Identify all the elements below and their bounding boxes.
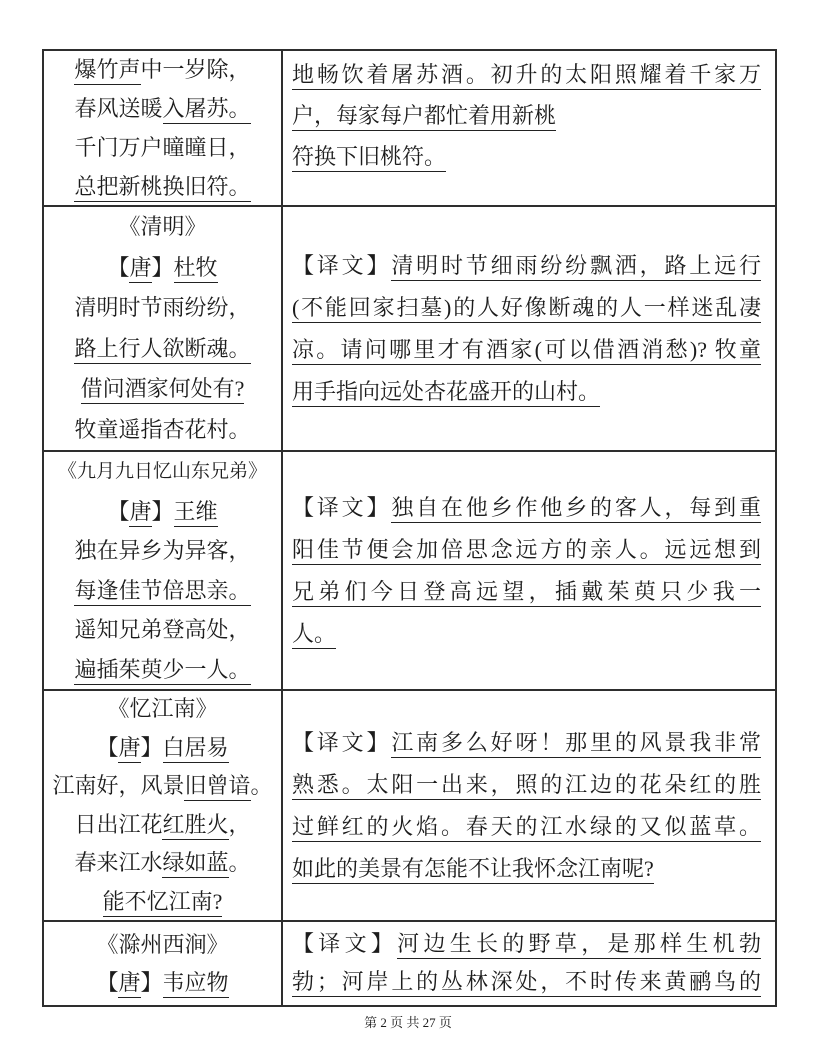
underlined-text: 清明时节细雨纷纷飘洒，路上远行 [391,253,761,281]
text-line: 牧童遥指杏花村。 [74,410,250,451]
underlined-text: 江南多么好呀！那里的风景我非常 [391,730,761,758]
text-line: 【译文】江南多么好呀！那里的风景我非常 [292,722,761,764]
plain-text: 【 [96,970,118,995]
translation-cell-qingming: 【译文】清明时节细雨纷纷飘洒，路上远行(不能回家扫墓)的人好像断魂的人一样迷乱凄… [283,207,775,452]
underlined-text: 地畅饮着屠苏酒。初升的太阳照耀着千家万 [292,62,761,90]
text-line: 《滁州西涧》 [96,926,228,964]
text-line: 符换下旧桃符。 [292,136,761,177]
plain-text: 【 [96,735,118,760]
text-line: 地畅饮着屠苏酒。初升的太阳照耀着千家万 [292,54,761,95]
plain-text: 遥知兄弟登高处， [74,617,250,642]
plain-text: 【译文】 [292,730,391,755]
poem-translation-table: 爆竹声中一岁除，春风送暖入屠苏。千门万户曈曈日，总把新桃换旧符。 地畅饮着屠苏酒… [42,49,777,1007]
poem-cell-jiuyuejiuri: 《九月九日忆山东兄弟》【唐】王维独在异乡为异客，每逢佳节倍思亲。遥知兄弟登高处，… [44,452,283,691]
text-line: 爆竹声中一岁除， [74,51,250,89]
underlined-text: 凉。请问哪里才有酒家(可以借酒消愁)? 牧童 [292,337,761,365]
text-line: 江南好，风景旧曾谙。 [52,767,272,806]
plain-text: 】 [152,255,174,280]
underlined-text: 借问酒家何处有? [81,376,245,404]
plain-text: ， [229,812,251,837]
underlined-text: 绿如蓝 [162,850,228,878]
plain-text: 《滁州西涧》 [96,932,228,957]
plain-text: 】 [141,735,163,760]
text-line: 《九月九日忆山东兄弟》 [58,452,267,492]
translation-cell-chuzhouxijian: 【译文】河边生长的野草，是那样生机勃勃；河岸上的丛林深处，不时传来黄鹂鸟的 [283,922,775,1005]
underlined-text: 红胜火 [162,812,228,840]
text-line: 《清明》 [118,207,206,248]
translation-cell-yijiangnan: 【译文】江南多么好呀！那里的风景我非常熟悉。太阳一出来，照的江边的花朵红的胜过鲜… [283,691,775,922]
plain-text: 】 [141,970,163,995]
text-line: 千门万户曈曈日， [74,128,250,167]
underlined-text: 熟悉。太阳一出来，照的江边的花朵红的胜 [292,772,761,800]
underlined-text: 河边生长的野草，是那样生机勃 [397,931,761,959]
text-line: 借问酒家何处有? [81,369,245,410]
text-line: 独在异乡为异客， [74,531,250,571]
underlined-text: 旧曾谙 [184,773,250,801]
underlined-text: 户，每家每户都忙着用新桃 [292,103,556,131]
underlined-text: 韦应物 [163,970,229,998]
plain-text: 【 [107,255,129,280]
text-line: 春风送暖入屠苏。 [74,89,250,128]
plain-text: 】 [152,499,174,524]
underlined-text: 唐 [118,970,140,998]
underlined-text: 用手指向远处杏花盛开的山村。 [292,379,600,407]
plain-text: 千门万户曈曈日， [74,135,250,160]
text-line: 凉。请问哪里才有酒家(可以借酒消愁)? 牧童 [292,329,761,371]
text-line: 【译文】独自在他乡作他乡的客人，每到重 [292,487,761,529]
plain-text: 【译文】 [292,253,391,278]
text-line: 能不忆江南? [103,883,223,922]
underlined-text: 路上行人欲断魂。 [74,336,250,364]
underlined-text: 唐 [118,735,140,763]
text-line: 【译文】河边生长的野草，是那样生机勃 [292,925,761,963]
text-line: 【唐】白居易 [96,729,228,768]
text-line: 总把新桃换旧符。 [74,167,250,206]
plain-text: 【 [107,499,129,524]
poem-cell-yijiangnan: 《忆江南》【唐】白居易江南好，风景旧曾谙。日出江花红胜火，春来江水绿如蓝。能不忆… [44,691,283,922]
underlined-text: 阳佳节便会加倍思念远方的亲人。远远想到 [292,537,761,565]
plain-text: 《九月九日忆山东兄弟》 [58,461,267,482]
text-line: 【唐】王维 [107,492,217,532]
plain-text: 。 [229,850,251,875]
plain-text: 春来江水 [74,850,162,875]
underlined-text: 白居易 [163,735,229,763]
translation-cell-yuanri: 地畅饮着屠苏酒。初升的太阳照耀着千家万户，每家每户都忙着用新桃符换下旧桃符。 [283,51,775,207]
text-line: 用手指向远处杏花盛开的山村。 [292,371,761,413]
underlined-text: 能不忆江南? [103,889,223,917]
page-number: 第 2 页 共 27 页 [0,1012,816,1031]
text-line: 日出江花红胜火， [74,806,250,845]
text-line: 人。 [292,613,761,655]
underlined-text: 遍插茱萸少一人。 [74,657,250,685]
text-line: 过鲜红的火焰。春天的江水绿的又似蓝草。 [292,806,761,848]
poem-cell-chuzhouxijian: 《滁州西涧》【唐】韦应物 [44,922,283,1005]
plain-text: 清明时节雨纷纷， [74,295,250,320]
text-line: 兄弟们今日登高远望，插戴茱萸只少我一 [292,571,761,613]
plain-text: 江南好，风景 [52,773,184,798]
underlined-text: 兄弟们今日登高远望，插戴茱萸只少我一 [292,579,761,607]
plain-text: 《清明》 [118,214,206,239]
text-line: 路上行人欲断魂。 [74,329,250,370]
plain-text: 日出江花 [74,812,162,837]
text-line: (不能回家扫墓)的人好像断魂的人一样迷乱凄 [292,287,761,329]
text-line: 勃；河岸上的丛林深处，不时传来黄鹂鸟的 [292,963,761,1001]
text-line: 春来江水绿如蓝。 [74,844,250,883]
underlined-text: 入屠苏。 [163,96,251,124]
underlined-text: 过鲜红的火焰。春天的江水绿的又似蓝草。 [292,814,761,842]
text-line: 《忆江南》 [107,691,217,729]
underlined-text: 唐 [129,499,151,527]
underlined-text: 符换下旧桃符。 [292,144,446,172]
underlined-text: 如此的美景有怎能不让我怀念江南呢? [292,856,654,884]
text-line: 【译文】清明时节细雨纷纷飘洒，路上远行 [292,245,761,287]
text-line: 阳佳节便会加倍思念远方的亲人。远远想到 [292,529,761,571]
underlined-text: (不能回家扫墓)的人好像断魂的人一样迷乱凄 [292,295,761,323]
underlined-text: 勃；河岸上的丛林深处，不时传来黄鹂鸟的 [292,969,761,997]
underlined-text: 爆竹声 [74,57,140,85]
plain-text: 牧童遥指杏花村。 [74,417,250,442]
plain-text: 《忆江南》 [107,696,217,721]
underlined-text: 总把新桃换旧符。 [74,174,250,202]
poem-cell-qingming: 《清明》【唐】杜牧清明时节雨纷纷，路上行人欲断魂。借问酒家何处有?牧童遥指杏花村… [44,207,283,452]
plain-text: 【译文】 [292,495,391,520]
underlined-text: 每逢佳节倍思亲。 [74,578,250,606]
text-line: 每逢佳节倍思亲。 [74,571,250,611]
plain-text: 【译文】 [292,931,397,956]
text-line: 遥知兄弟登高处， [74,610,250,650]
poem-cell-yuanri: 爆竹声中一岁除，春风送暖入屠苏。千门万户曈曈日，总把新桃换旧符。 [44,51,283,207]
underlined-text: 王维 [174,499,218,527]
text-line: 【唐】杜牧 [107,248,217,289]
document-page: 爆竹声中一岁除，春风送暖入屠苏。千门万户曈曈日，总把新桃换旧符。 地畅饮着屠苏酒… [0,0,816,1056]
text-line: 如此的美景有怎能不让我怀念江南呢? [292,848,761,890]
text-line: 熟悉。太阳一出来，照的江边的花朵红的胜 [292,764,761,806]
translation-cell-jiuyuejiuri: 【译文】独自在他乡作他乡的客人，每到重阳佳节便会加倍思念远方的亲人。远远想到兄弟… [283,452,775,691]
underlined-text: 杜牧 [174,255,218,283]
plain-text: 中一岁除， [141,57,251,82]
plain-text: 独在异乡为异客， [74,538,250,563]
text-line: 清明时节雨纷纷， [74,288,250,329]
underlined-text: 人。 [292,621,336,649]
text-line: 【唐】韦应物 [96,964,228,1002]
underlined-text: 独自在他乡作他乡的客人，每到重 [391,495,761,523]
underlined-text: 唐 [129,255,151,283]
text-line: 遍插茱萸少一人。 [74,650,250,690]
plain-text: 。 [251,773,273,798]
plain-text: 春风送暖 [74,96,162,121]
text-line: 户，每家每户都忙着用新桃 [292,95,761,136]
